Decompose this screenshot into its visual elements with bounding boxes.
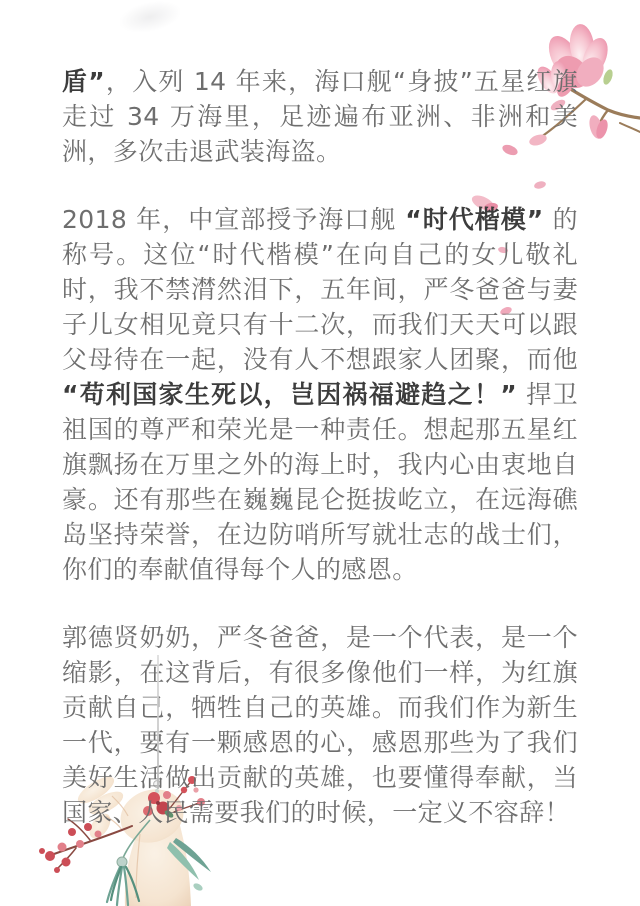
paragraph-2: 2018 年，中宣部授予海口舰 “时代楷模” 的称号。这位“时代楷模”在向自己的…	[62, 202, 578, 587]
body-text: 郭德贤奶奶，严冬爸爸，是一个代表，是一个缩影，在这背后，有很多像他们一样，为红旗…	[62, 623, 578, 827]
document-page: 盾”，入列 14 年来，海口舰“身披”五星红旗走过 34 万海里，足迹遍布亚洲、…	[0, 0, 640, 906]
paragraph-1: 盾”，入列 14 年来，海口舰“身披”五星红旗走过 34 万海里，足迹遍布亚洲、…	[62, 64, 578, 169]
bold-phrase: 盾”	[62, 67, 105, 96]
bold-phrase: “苟利国家生死以，岂因祸福避趋之！”	[62, 380, 517, 409]
teal-leaves	[167, 838, 211, 892]
body-text: 2018 年，中宣部授予海口舰	[62, 205, 405, 234]
tassel	[107, 820, 150, 905]
bold-phrase: “时代楷模”	[405, 205, 543, 234]
body-text: 捍卫祖国的尊严和荣光是一种责任。想起那五星红旗飘扬在万里之外的海上时，我内心由衷…	[62, 380, 578, 584]
faded-ink-wisp	[116, 0, 185, 38]
body-text: ，入列 14 年来，海口舰“身披”五星红旗走过 34 万海里，足迹遍布亚洲、非洲…	[62, 67, 578, 166]
leaf	[602, 68, 615, 86]
magnolia-bud	[587, 114, 610, 140]
paragraph-3: 郭德贤奶奶，严冬爸爸，是一个代表，是一个缩影，在这背后，有很多像他们一样，为红旗…	[62, 620, 578, 830]
article-body: 盾”，入列 14 年来，海口舰“身披”五星红旗走过 34 万海里，足迹遍布亚洲、…	[62, 64, 578, 830]
